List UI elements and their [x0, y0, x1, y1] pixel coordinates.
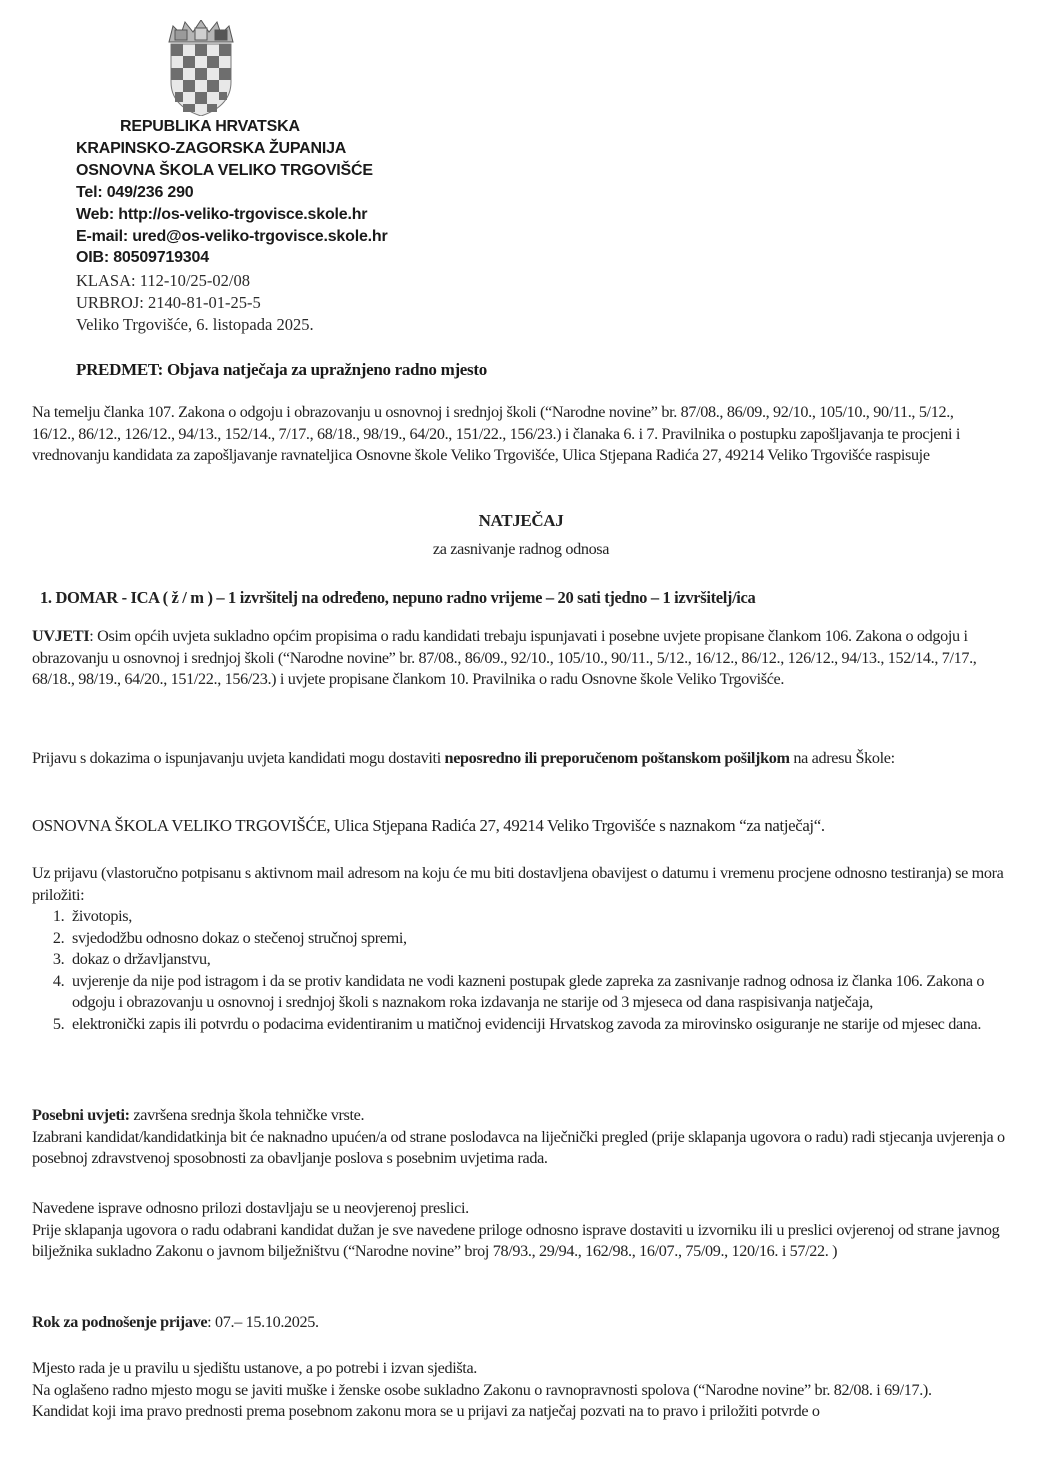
- workplace-note: Mjesto rada je u pravilu u sjedištu usta…: [32, 1358, 1027, 1380]
- delivery-method: neposredno ili preporučenom poštanskom p…: [445, 749, 790, 767]
- application-paragraph: Prijavu s dokazima o ispunjavanju uvjeta…: [32, 748, 1002, 770]
- conditions-text: : Osim općih uvjeta sukladno općim propi…: [32, 627, 977, 688]
- special-conditions-text: završena srednja škola tehničke vrste.: [130, 1106, 364, 1124]
- school-website: Web: http://os-veliko-trgovisce.skole.hr: [76, 205, 367, 224]
- closing-section: Mjesto rada je u pravilu u sjedištu usta…: [32, 1358, 1027, 1423]
- subject-line: PREDMET: Objava natječaja za upražnjeno …: [76, 360, 487, 380]
- conditions-paragraph: UVJETI: Osim općih uvjeta sukladno općim…: [32, 626, 1007, 691]
- position-heading: 1. DOMAR - ICA ( ž / m ) – 1 izvršitelj …: [40, 587, 1030, 609]
- application-text-before: Prijavu s dokazima o ispunjavanju uvjeta…: [32, 749, 445, 767]
- equality-note: Na oglašeno radno mjesto mogu se javiti …: [32, 1380, 1027, 1402]
- school-address: OSNOVNA ŠKOLA VELIKO TRGOVIŠĆE, Ulica St…: [32, 815, 1032, 837]
- school-name: OSNOVNA ŠKOLA VELIKO TRGOVIŠĆE: [76, 161, 373, 180]
- priority-note: Kandidat koji ima pravo prednosti prema …: [32, 1401, 1027, 1423]
- copies-section: Navedene isprave odnosno prilozi dostavl…: [32, 1198, 1027, 1263]
- school-email: E-mail: ured@os-veliko-trgovisce.skole.h…: [76, 227, 388, 246]
- attachments-section: Uz prijavu (vlastoručno potpisanu s akti…: [32, 863, 1022, 1035]
- special-conditions-label: Posebni uvjeti:: [32, 1106, 130, 1124]
- copies-note: Navedene isprave odnosno prilozi dostavl…: [32, 1198, 1027, 1220]
- urbroj-number: URBROJ: 2140-81-01-25-5: [76, 293, 261, 312]
- attachment-item: životopis,: [68, 906, 1022, 928]
- country-name: REPUBLIKA HRVATSKA: [120, 117, 300, 136]
- document-page: REPUBLIKA HRVATSKA KRAPINSKO-ZAGORSKA ŽU…: [0, 0, 1042, 1484]
- application-text-after: na adresu Škole:: [790, 749, 895, 767]
- attachment-item: dokaz o državljanstvu,: [68, 949, 1022, 971]
- county-name: KRAPINSKO-ZAGORSKA ŽUPANIJA: [76, 139, 346, 158]
- attachment-item: uvjerenje da nije pod istragom i da se p…: [68, 971, 1022, 1014]
- place-and-date: Veliko Trgovišće, 6. listopada 2025.: [76, 315, 314, 334]
- deadline-value: : 07.– 15.10.2025.: [207, 1313, 319, 1331]
- certified-copies-note: Prije sklapanja ugovora o radu odabrani …: [32, 1220, 1027, 1263]
- attachment-item: elektronički zapis ili potvrdu o podacim…: [68, 1014, 1022, 1036]
- school-oib: OIB: 80509719304: [76, 248, 209, 267]
- special-conditions-section: Posebni uvjeti: završena srednja škola t…: [32, 1105, 1027, 1170]
- attachment-item: svjedodžbu odnosno dokaz o stečenoj stru…: [68, 928, 1022, 950]
- medical-exam-note: Izabrani kandidat/kandidatkinja bit će n…: [32, 1127, 1027, 1170]
- notice-title: NATJEČAJ: [0, 510, 1042, 532]
- klasa-number: KLASA: 112-10/25-02/08: [76, 271, 250, 290]
- attachments-list: životopis, svjedodžbu odnosno dokaz o st…: [32, 906, 1022, 1035]
- coat-of-arms-icon: [163, 20, 239, 116]
- school-phone: Tel: 049/236 290: [76, 183, 193, 202]
- intro-paragraph: Na temelju članka 107. Zakona o odgoju i…: [32, 402, 992, 467]
- deadline-label: Rok za podnošenje prijave: [32, 1313, 207, 1331]
- deadline-line: Rok za podnošenje prijave: 07.– 15.10.20…: [32, 1312, 1022, 1334]
- notice-subtitle: za zasnivanje radnog odnosa: [0, 539, 1042, 561]
- conditions-label: UVJETI: [32, 627, 89, 645]
- attachments-intro: Uz prijavu (vlastoručno potpisanu s akti…: [32, 863, 1022, 906]
